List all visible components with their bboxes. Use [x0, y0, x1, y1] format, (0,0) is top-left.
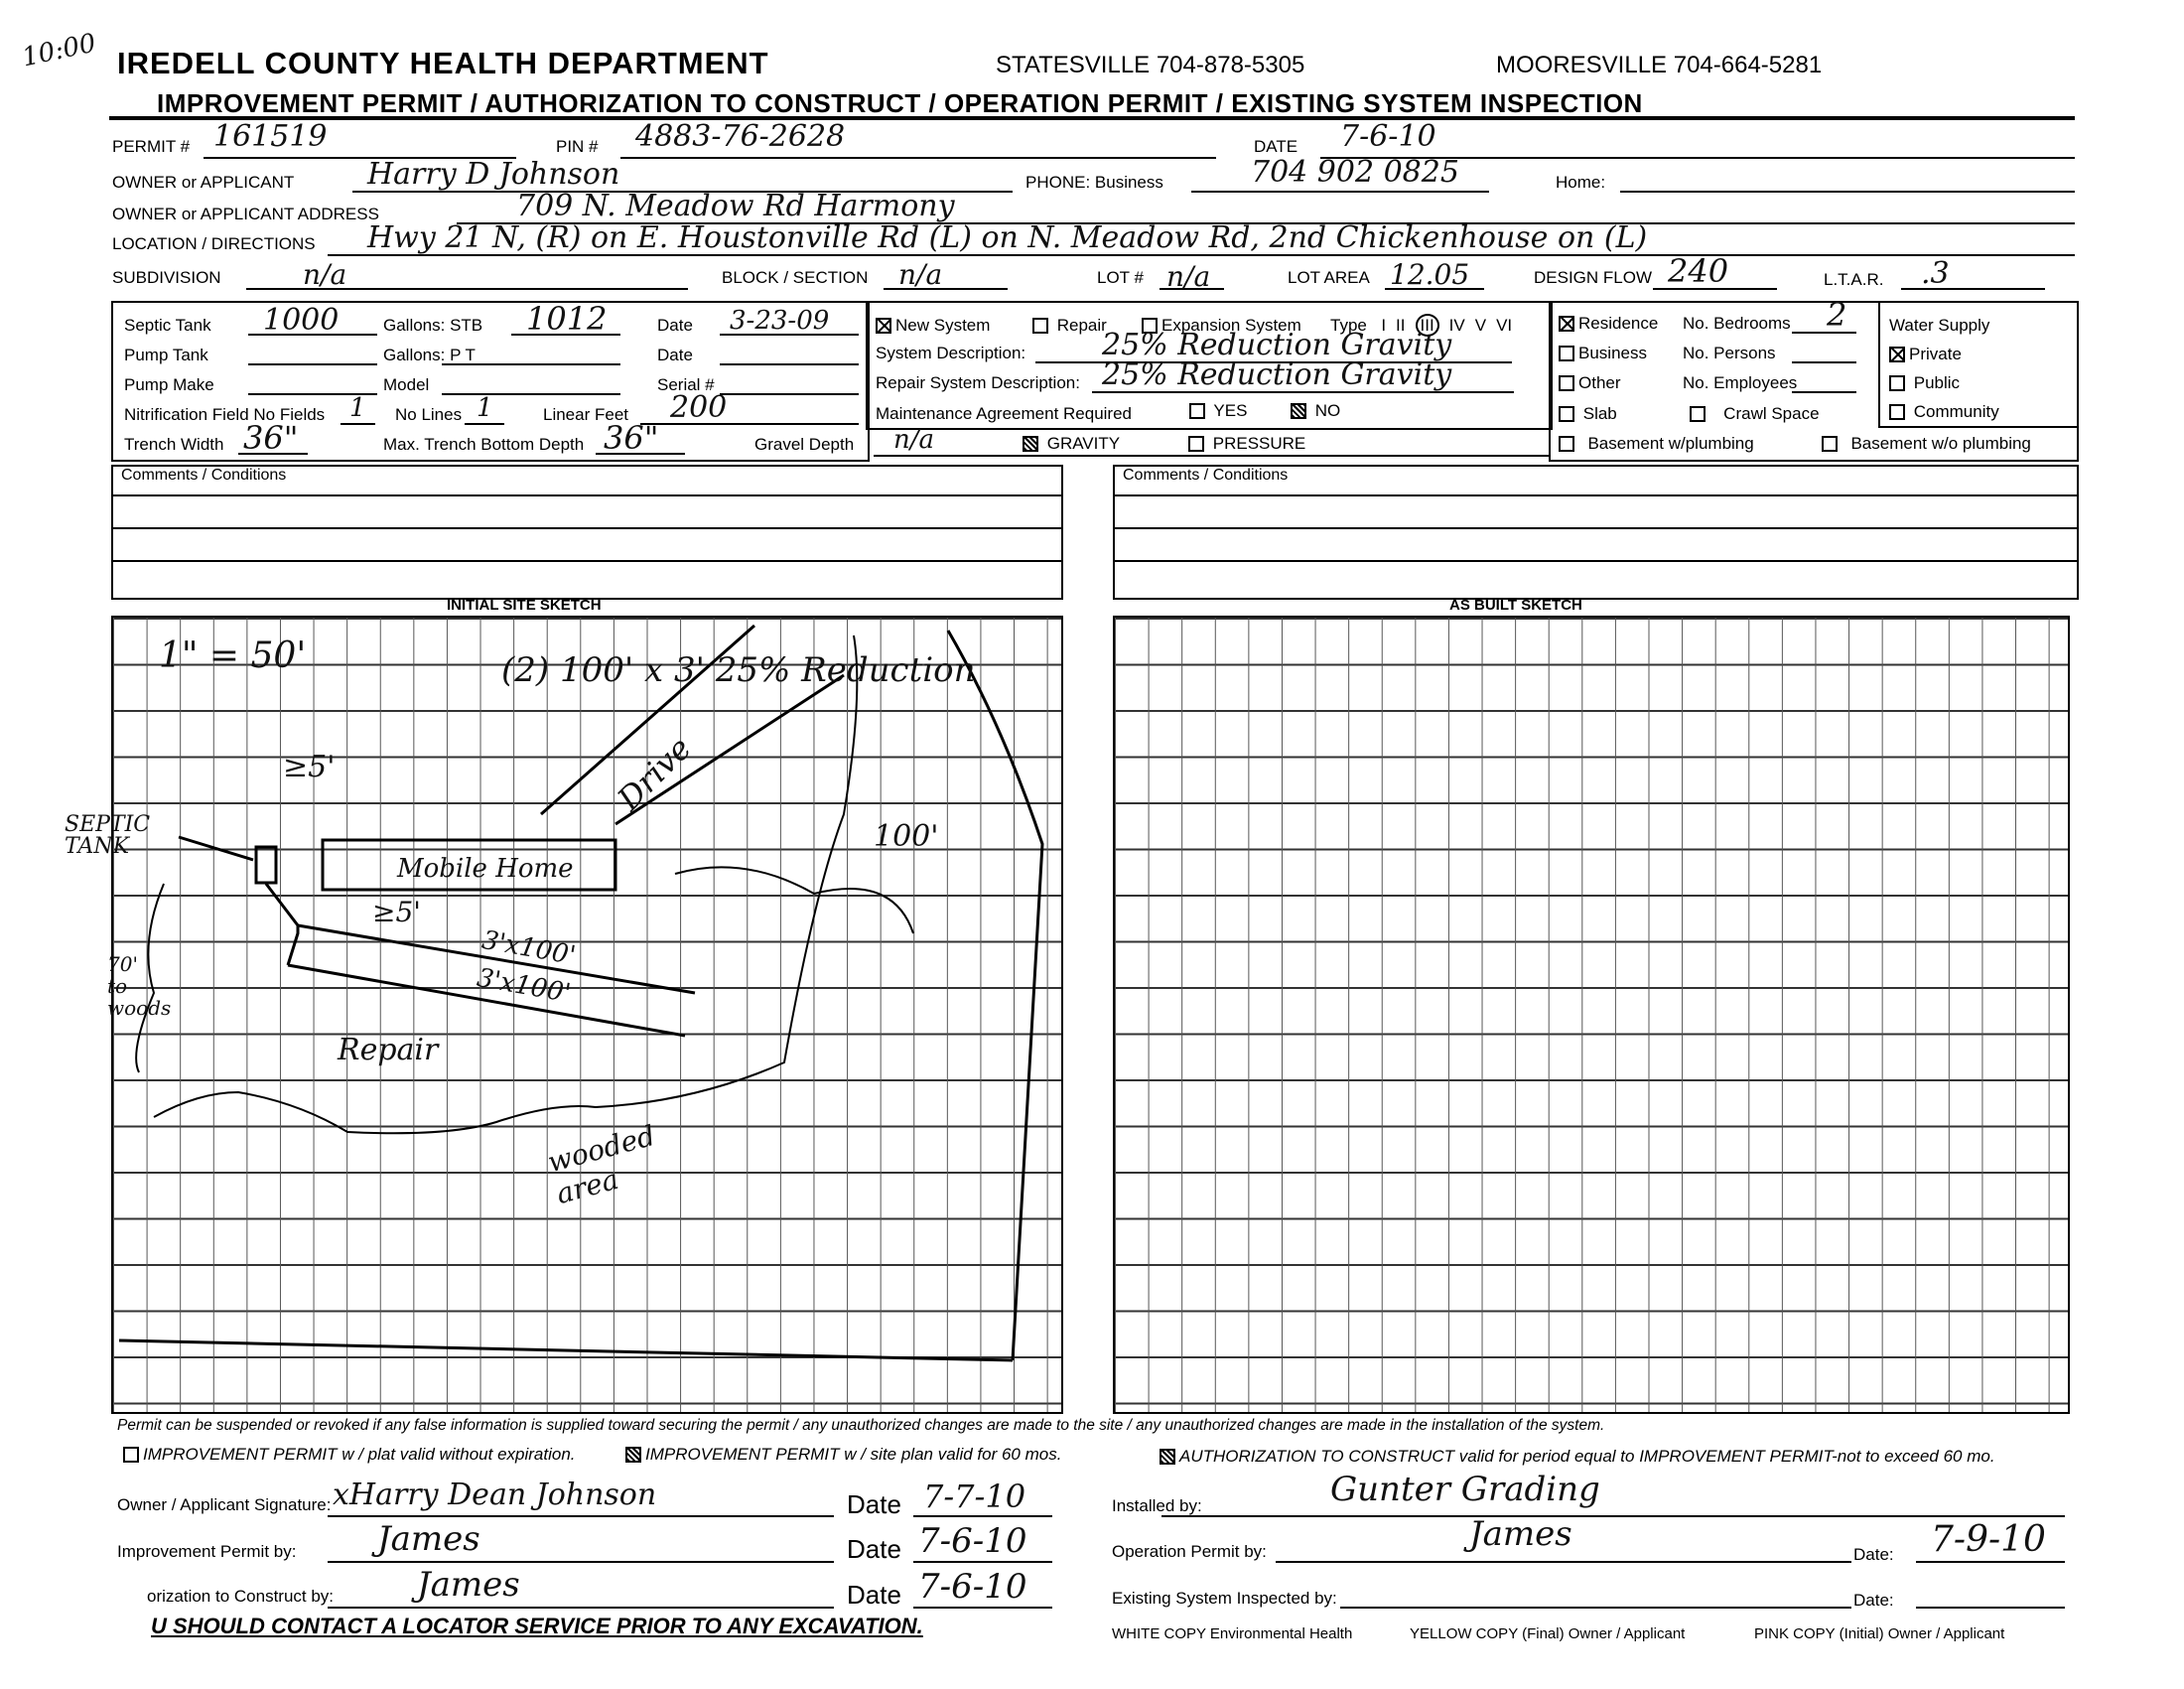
existing-inspected-label: Existing System Inspected by:: [1112, 1589, 1337, 1609]
owner-signature[interactable]: xHarry Dean Johnson: [333, 1478, 656, 1512]
sketch-100ft: 100': [874, 819, 939, 854]
locator-warning: U SHOULD CONTACT A LOCATOR SERVICE PRIOR…: [151, 1614, 923, 1639]
sketch-drawing: [0, 0, 2184, 1689]
existing-date-label: Date:: [1853, 1591, 1894, 1611]
authorization-by-label: orization to Construct by:: [147, 1587, 334, 1607]
operation-date-label: Date:: [1853, 1545, 1894, 1565]
arrow-icon: [179, 837, 253, 860]
checkbox-icon: [123, 1447, 139, 1463]
improvement-permit-signature[interactable]: James: [377, 1519, 480, 1559]
owner-date-label: Date: [847, 1489, 901, 1520]
improvement-permit-by-label: Improvement Permit by:: [117, 1542, 296, 1562]
copy-white: WHITE COPY Environmental Health: [1112, 1625, 1352, 1642]
operation-permit-signature[interactable]: James: [1469, 1514, 1572, 1554]
copy-yellow: YELLOW COPY (Final) Owner / Applicant: [1410, 1625, 1685, 1642]
sketch-repair: Repair: [338, 1033, 438, 1067]
septic-tank-icon: [256, 847, 276, 883]
authorization-date-label: Date: [847, 1580, 901, 1611]
operation-date[interactable]: 7-9-10: [1931, 1519, 2046, 1560]
authorization-date[interactable]: 7-6-10: [918, 1567, 1027, 1607]
operation-permit-by-label: Operation Permit by:: [1112, 1542, 1267, 1562]
owner-date[interactable]: 7-7-10: [923, 1478, 1025, 1515]
sketch-setback-bottom: ≥5': [372, 896, 421, 928]
sketch-septic-label: SEPTIC TANK: [65, 814, 144, 858]
installed-by-label: Installed by:: [1112, 1496, 1202, 1516]
installed-by-value[interactable]: Gunter Grading: [1330, 1470, 1600, 1509]
checkbox-checked-icon: [1160, 1449, 1175, 1465]
option-site-plan-checkbox[interactable]: IMPROVEMENT PERMIT w / site plan valid f…: [625, 1445, 1061, 1465]
option-authorization-checkbox[interactable]: AUTHORIZATION TO CONSTRUCT valid for per…: [1160, 1447, 1995, 1467]
improvement-date-label: Date: [847, 1534, 901, 1565]
improvement-date[interactable]: 7-6-10: [918, 1521, 1027, 1561]
checkbox-checked-icon: [625, 1447, 641, 1463]
sketch-to-woods: 70' to woods: [107, 953, 147, 1019]
sketch-mobile-home: Mobile Home: [397, 854, 574, 884]
option-plat-checkbox[interactable]: IMPROVEMENT PERMIT w / plat valid withou…: [123, 1445, 576, 1465]
sketch-setback-top: ≥5': [283, 750, 335, 784]
sketch-field-note: (2) 100' x 3' 25% Reduction: [501, 650, 976, 690]
revocation-warning: Permit can be suspended or revoked if an…: [117, 1417, 1604, 1435]
sketch-scale: 1" = 50': [159, 635, 306, 676]
authorization-signature[interactable]: James: [417, 1565, 520, 1605]
owner-signature-label: Owner / Applicant Signature:: [117, 1495, 331, 1515]
copy-pink: PINK COPY (Initial) Owner / Applicant: [1754, 1625, 2004, 1642]
